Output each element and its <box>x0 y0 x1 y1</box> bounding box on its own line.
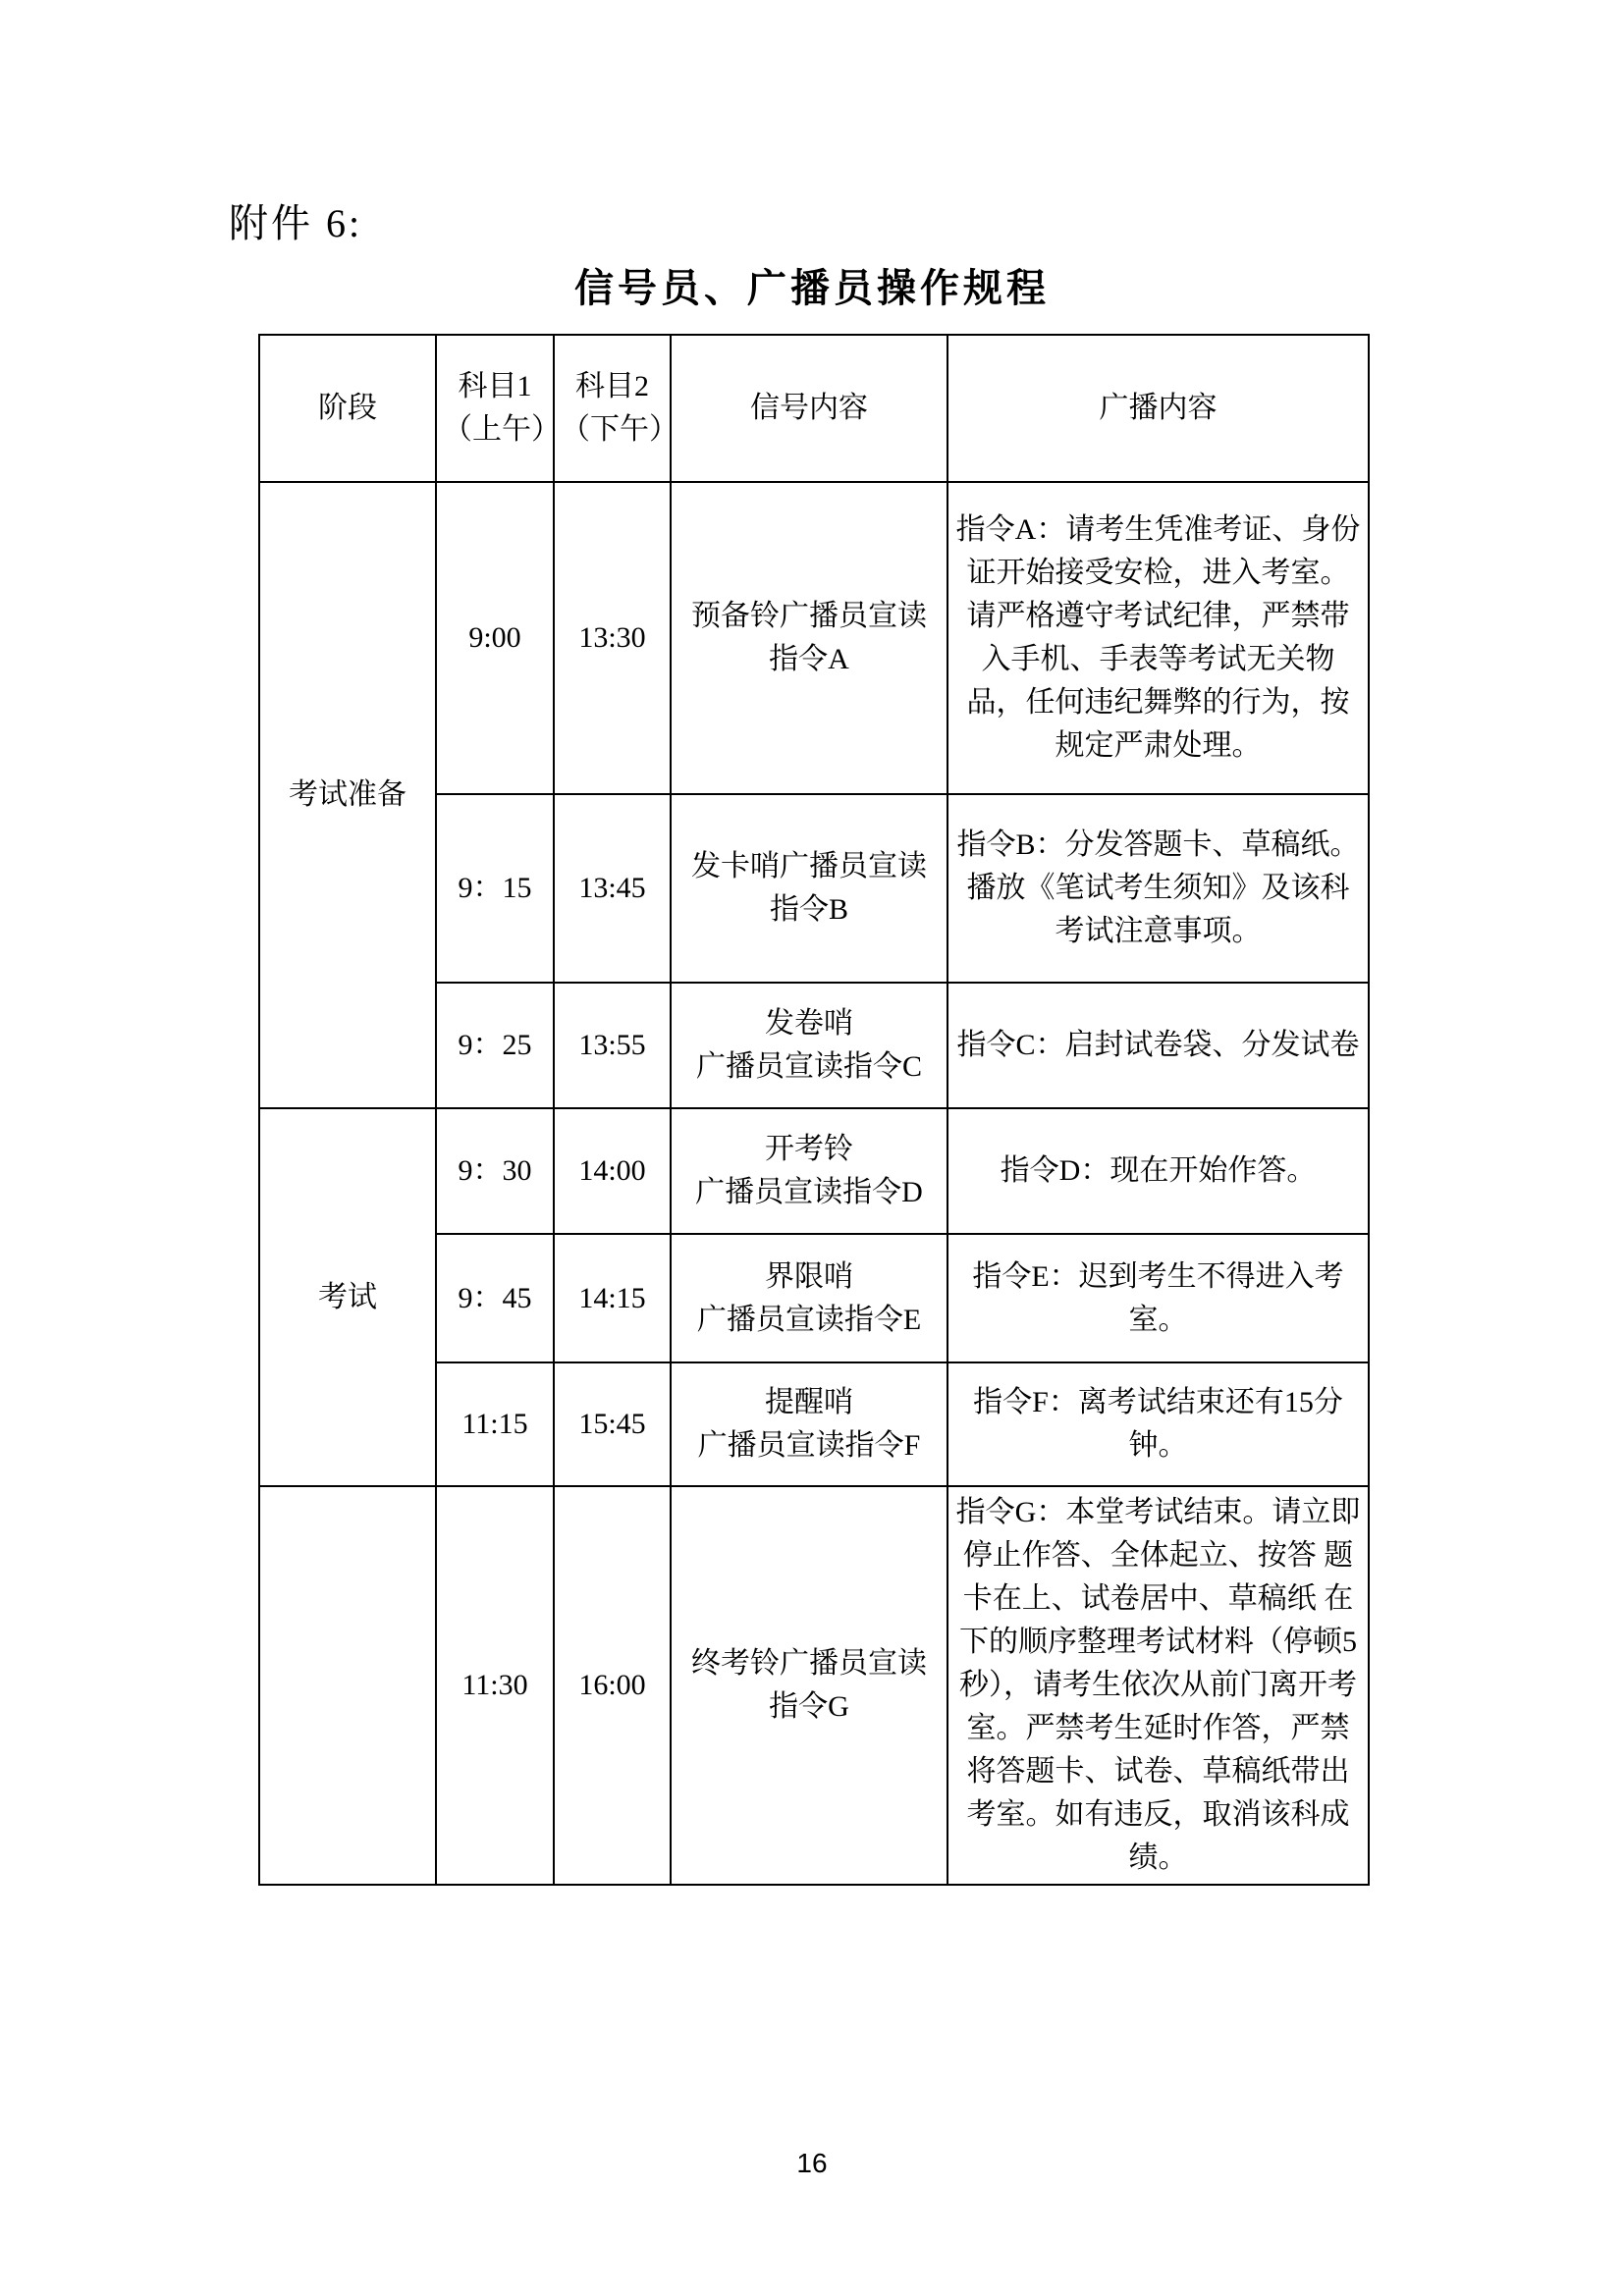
time2-cell: 15:45 <box>554 1362 671 1486</box>
time1-cell: 11:15 <box>436 1362 554 1486</box>
header-cell-stage: 阶段 <box>259 335 436 482</box>
signal-cell: 开考铃 广播员宣读指令D <box>671 1108 947 1234</box>
time2-cell: 13:55 <box>554 983 671 1108</box>
time1-cell: 9：15 <box>436 794 554 983</box>
table-row: 考试 9：30 14:00 开考铃 广播员宣读指令D 指令D：现在开始作答。 <box>259 1108 1369 1234</box>
signal-cell: 终考铃广播员宣读 指令G <box>671 1486 947 1885</box>
signal-cell: 界限哨 广播员宣读指令E <box>671 1234 947 1362</box>
stage-cell-exam: 考试 <box>259 1108 436 1486</box>
broadcast-cell: 指令D：现在开始作答。 <box>947 1108 1369 1234</box>
signal-cell: 提醒哨 广播员宣读指令F <box>671 1362 947 1486</box>
time2-cell: 13:30 <box>554 482 671 794</box>
attachment-label: 附件 6: <box>229 192 362 248</box>
signal-cell: 发卡哨广播员宣读 指令B <box>671 794 947 983</box>
broadcast-cell: 指令F：离考试结束还有15分钟。 <box>947 1362 1369 1486</box>
time1-cell: 11:30 <box>436 1486 554 1885</box>
broadcast-cell: 指令E：迟到考生不得进入考室。 <box>947 1234 1369 1362</box>
schedule-table: 阶段 科目1（上午） 科目2（下午） 信号内容 广播内容 考试准备 9:00 1… <box>258 334 1370 1886</box>
time2-cell: 16:00 <box>554 1486 671 1885</box>
stage-cell-end <box>259 1486 436 1885</box>
header-cell-broadcast: 广播内容 <box>947 335 1369 482</box>
header-cell-subject1: 科目1（上午） <box>436 335 554 482</box>
table-row: 11:30 16:00 终考铃广播员宣读 指令G 指令G：本堂考试结束。请立即停… <box>259 1486 1369 1885</box>
time2-cell: 14:15 <box>554 1234 671 1362</box>
broadcast-cell: 指令G：本堂考试结束。请立即停止作答、全体起立、按答 题卡在上、试卷居中、草稿纸… <box>947 1486 1369 1885</box>
broadcast-cell: 指令B：分发答题卡、草稿纸。播放《笔试考生须知》及该科考试注意事项。 <box>947 794 1369 983</box>
signal-cell: 预备铃广播员宣读 指令A <box>671 482 947 794</box>
page-number: 16 <box>0 2148 1624 2179</box>
table-header-row: 阶段 科目1（上午） 科目2（下午） 信号内容 广播内容 <box>259 335 1369 482</box>
header-cell-signal: 信号内容 <box>671 335 947 482</box>
stage-cell-exam-prep: 考试准备 <box>259 482 436 1108</box>
time1-cell: 9：45 <box>436 1234 554 1362</box>
time2-cell: 13:45 <box>554 794 671 983</box>
time1-cell: 9：25 <box>436 983 554 1108</box>
header-cell-subject2: 科目2（下午） <box>554 335 671 482</box>
time2-cell: 14:00 <box>554 1108 671 1234</box>
time1-cell: 9：30 <box>436 1108 554 1234</box>
page-title: 信号员、广播员操作规程 <box>0 257 1624 313</box>
broadcast-cell: 指令C：启封试卷袋、分发试卷 <box>947 983 1369 1108</box>
signal-cell: 发卷哨 广播员宣读指令C <box>671 983 947 1108</box>
table-row: 考试准备 9:00 13:30 预备铃广播员宣读 指令A 指令A：请考生凭准考证… <box>259 482 1369 794</box>
time1-cell: 9:00 <box>436 482 554 794</box>
broadcast-cell: 指令A：请考生凭准考证、身份证开始接受安检，进入考室。请严格遵守考试纪律，严禁带… <box>947 482 1369 794</box>
